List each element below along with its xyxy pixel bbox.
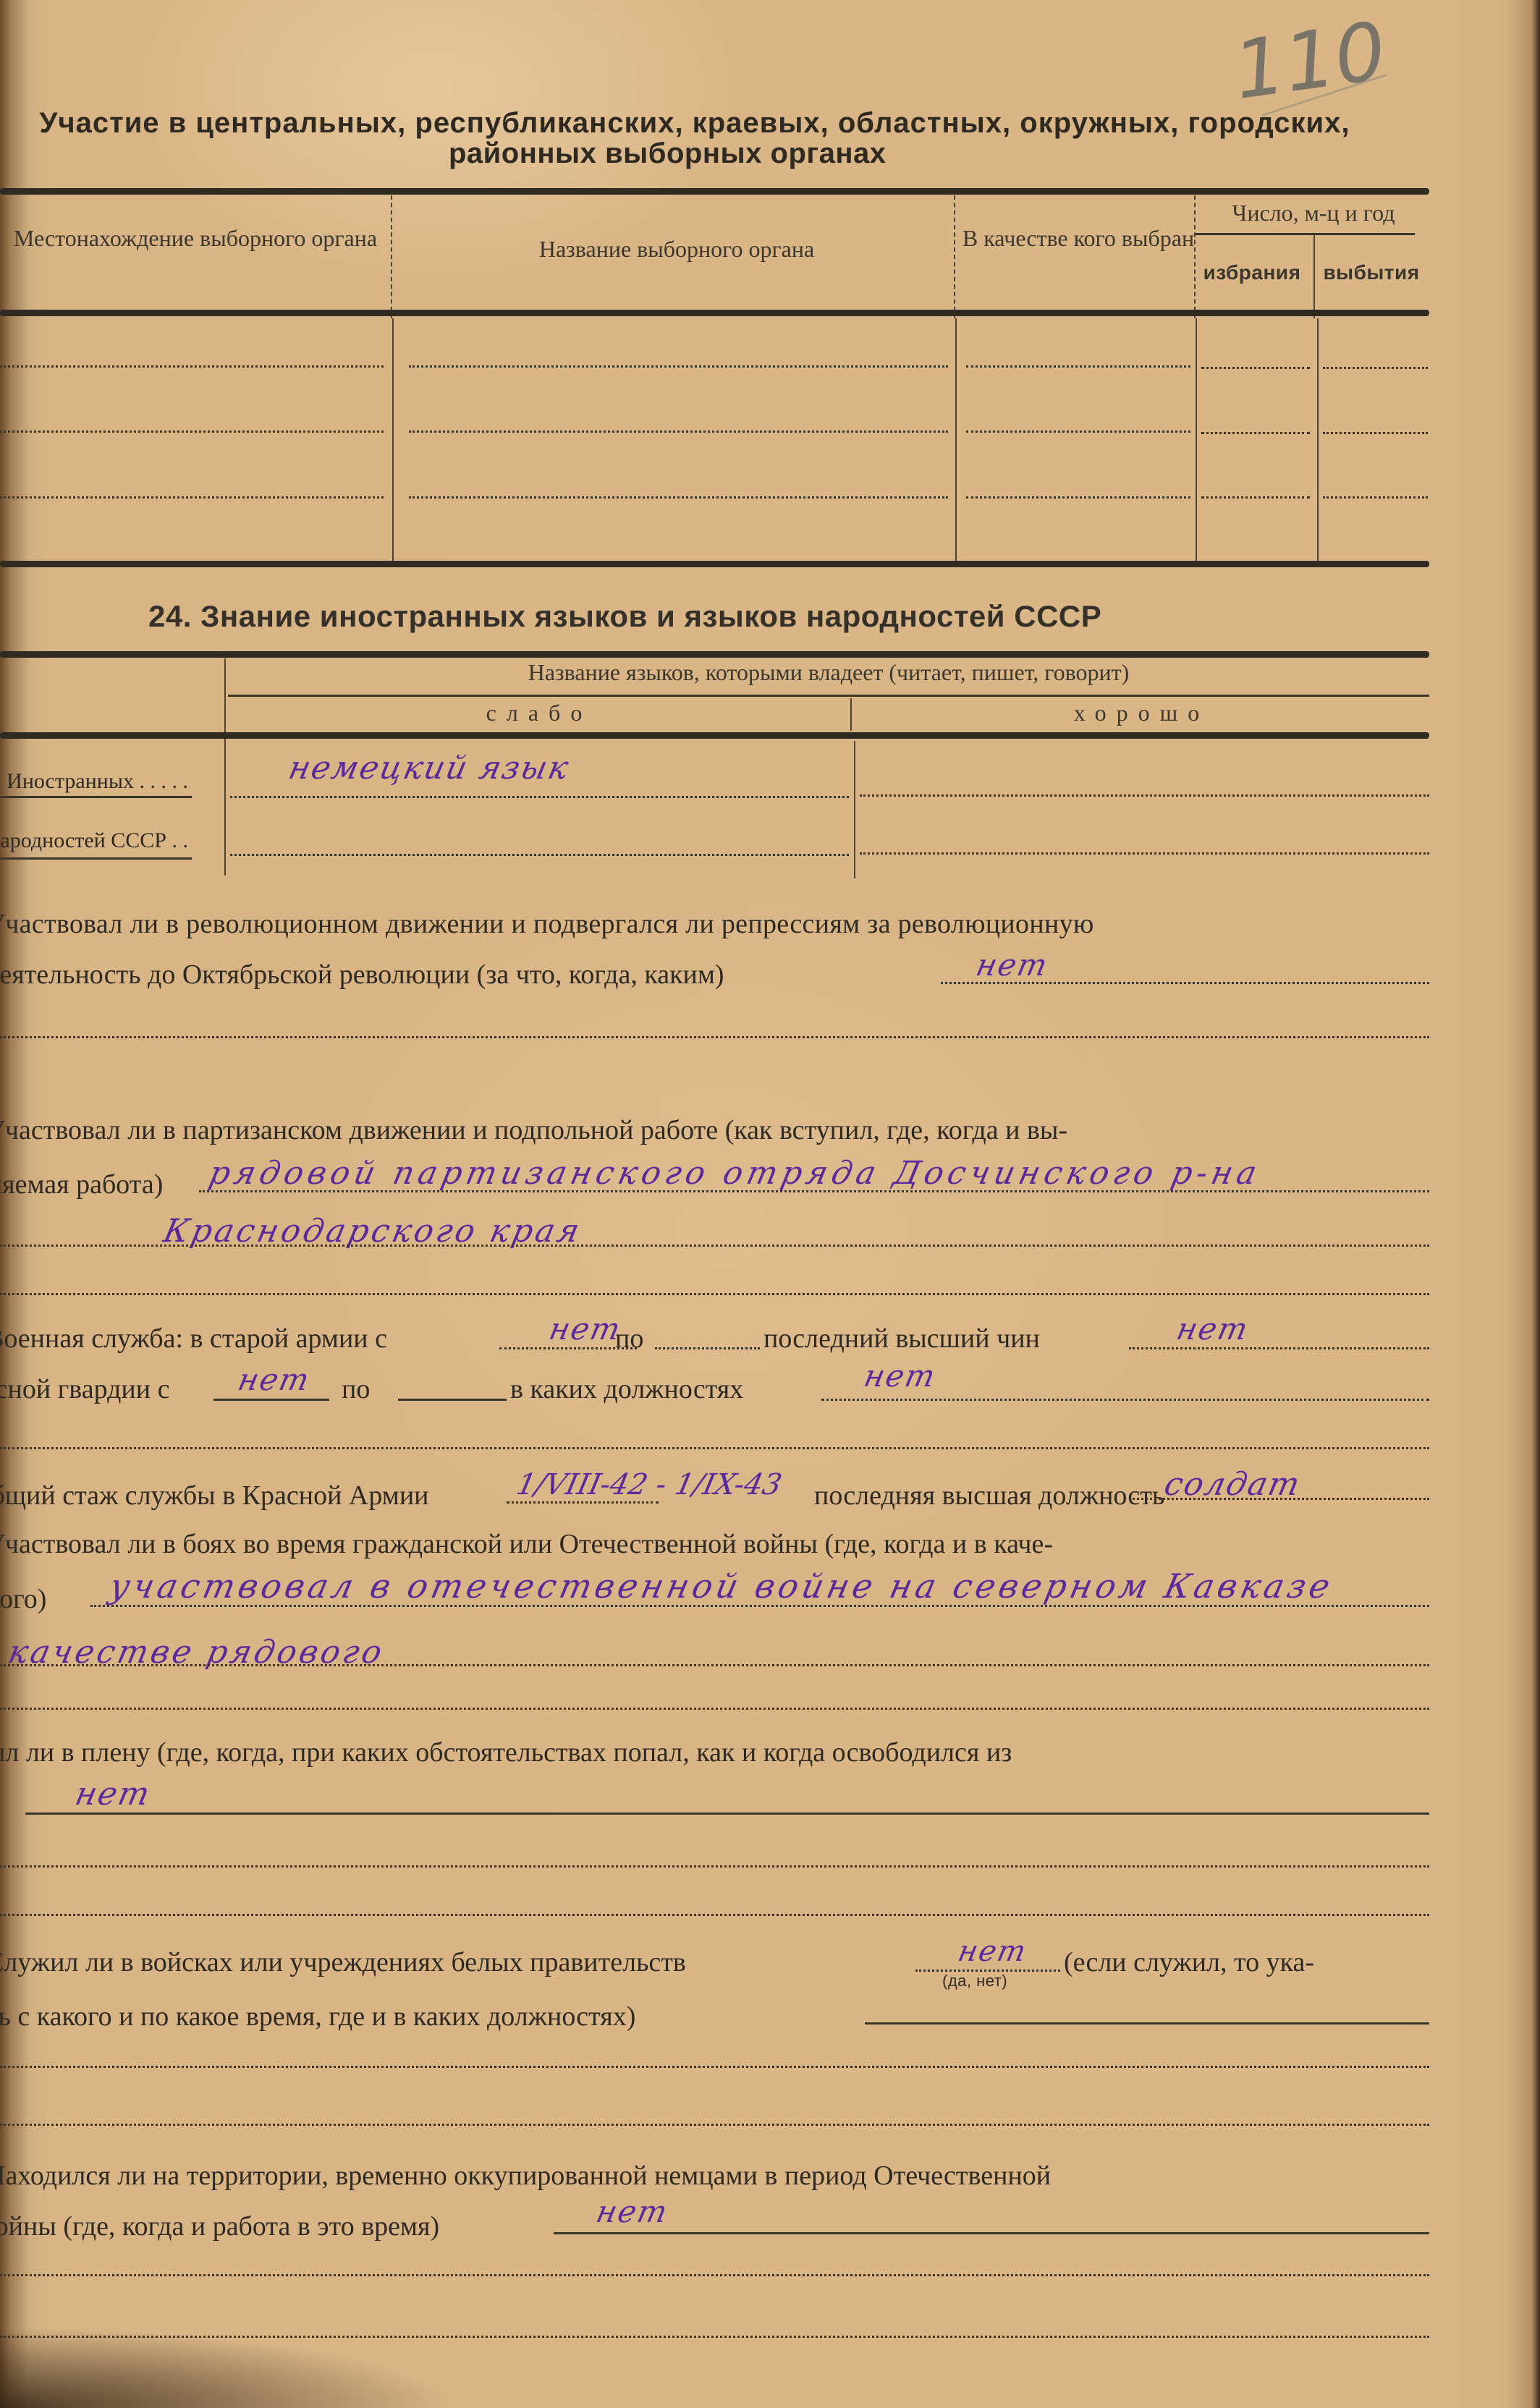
answer-value: нет	[593, 2196, 672, 2228]
question-text: полняемая работа)	[0, 1169, 163, 1200]
question-text: последняя высшая должность	[814, 1480, 1164, 1512]
question-text: по	[342, 1373, 370, 1405]
question-text: Участвовал ли в партизанском движении и …	[0, 1114, 1433, 1146]
question-text: войны (где, когда и работа в это время)	[0, 2210, 439, 2242]
question-text: стве кого)	[0, 1583, 46, 1615]
answer-line-1: участвовал в отечественной войне на севе…	[107, 1570, 1337, 1602]
question-text: (если служил, то ука-	[1064, 1946, 1314, 1978]
section24-title: 24. Знание иностранных языков и языков н…	[148, 601, 1101, 632]
question-text: последний высший чин	[763, 1323, 1040, 1354]
question-text: зать с какого и по какое время, где и в …	[0, 2001, 635, 2032]
old-army-from-value: нет	[546, 1313, 625, 1345]
col-dates-group-header: Число, м-ц и год	[1198, 199, 1429, 226]
section23-title-line1: Участие в центральных, республиканских, …	[0, 107, 1389, 139]
service-period-value: 1/VIII-42 - 1/IX-43	[514, 1469, 784, 1501]
question-text: в каких должностях	[510, 1373, 743, 1405]
answer-line-1: рядовой партизанского отряда Досчинского…	[206, 1158, 1264, 1190]
positions-value: нет	[861, 1360, 939, 1392]
question-text: Общий стаж службы в Красной Армии	[0, 1480, 429, 1512]
answer-value: нет	[973, 949, 1052, 981]
white-service-value: нет	[955, 1936, 1030, 1967]
question-text: деятельность до Октябрьской революции (з…	[0, 959, 724, 991]
section23-title-line2: районных выборных органах	[449, 137, 886, 169]
question-text: Участвовал ли в боях во время гражданско…	[0, 1528, 1433, 1560]
last-rank-value: нет	[1174, 1313, 1252, 1345]
question-text: в Красной гвардии с	[0, 1373, 169, 1405]
question-text: Находился ли на территории, временно окк…	[0, 2160, 1433, 2192]
col-role-header: В качестве кого выбран	[959, 224, 1198, 252]
languages-group-header: Название языков, которыми владеет (читае…	[228, 658, 1429, 686]
yes-no-hint: (да, нет)	[942, 1972, 1007, 1991]
col-name-header: Название выборного органа	[394, 235, 959, 263]
col-weak-header: слабо	[228, 699, 850, 726]
row-label: Народностей СССР . .	[0, 825, 188, 857]
page-corner-shadow	[0, 2292, 651, 2408]
col-left-header: выбытия	[1313, 259, 1429, 287]
question-text: Участвовал ли в революционном движении и…	[0, 908, 1433, 940]
row-label: Иностранных . . . . .	[0, 766, 188, 797]
answer-value: нет	[72, 1779, 153, 1810]
question-text: Военная служба: в старой армии с	[0, 1323, 387, 1354]
question-text: Был ли в плену (где, когда, при каких об…	[0, 1737, 1433, 1768]
highest-position-value: солдат	[1162, 1469, 1303, 1501]
col-elected-header: избрания	[1194, 259, 1310, 287]
answer-line-2: Краснодарского края	[161, 1216, 585, 1247]
question-text: по	[615, 1323, 643, 1354]
col-good-header: хорошо	[854, 699, 1429, 726]
language-weak-value: немецкий язык	[286, 752, 572, 784]
col-location-header: Местонахождение выборного органа	[0, 224, 391, 252]
red-guard-from-value: нет	[235, 1364, 313, 1396]
question-text: Служил ли в войсках или учреждениях белы…	[0, 1946, 686, 1978]
question-text: плена)	[0, 1791, 1, 1823]
